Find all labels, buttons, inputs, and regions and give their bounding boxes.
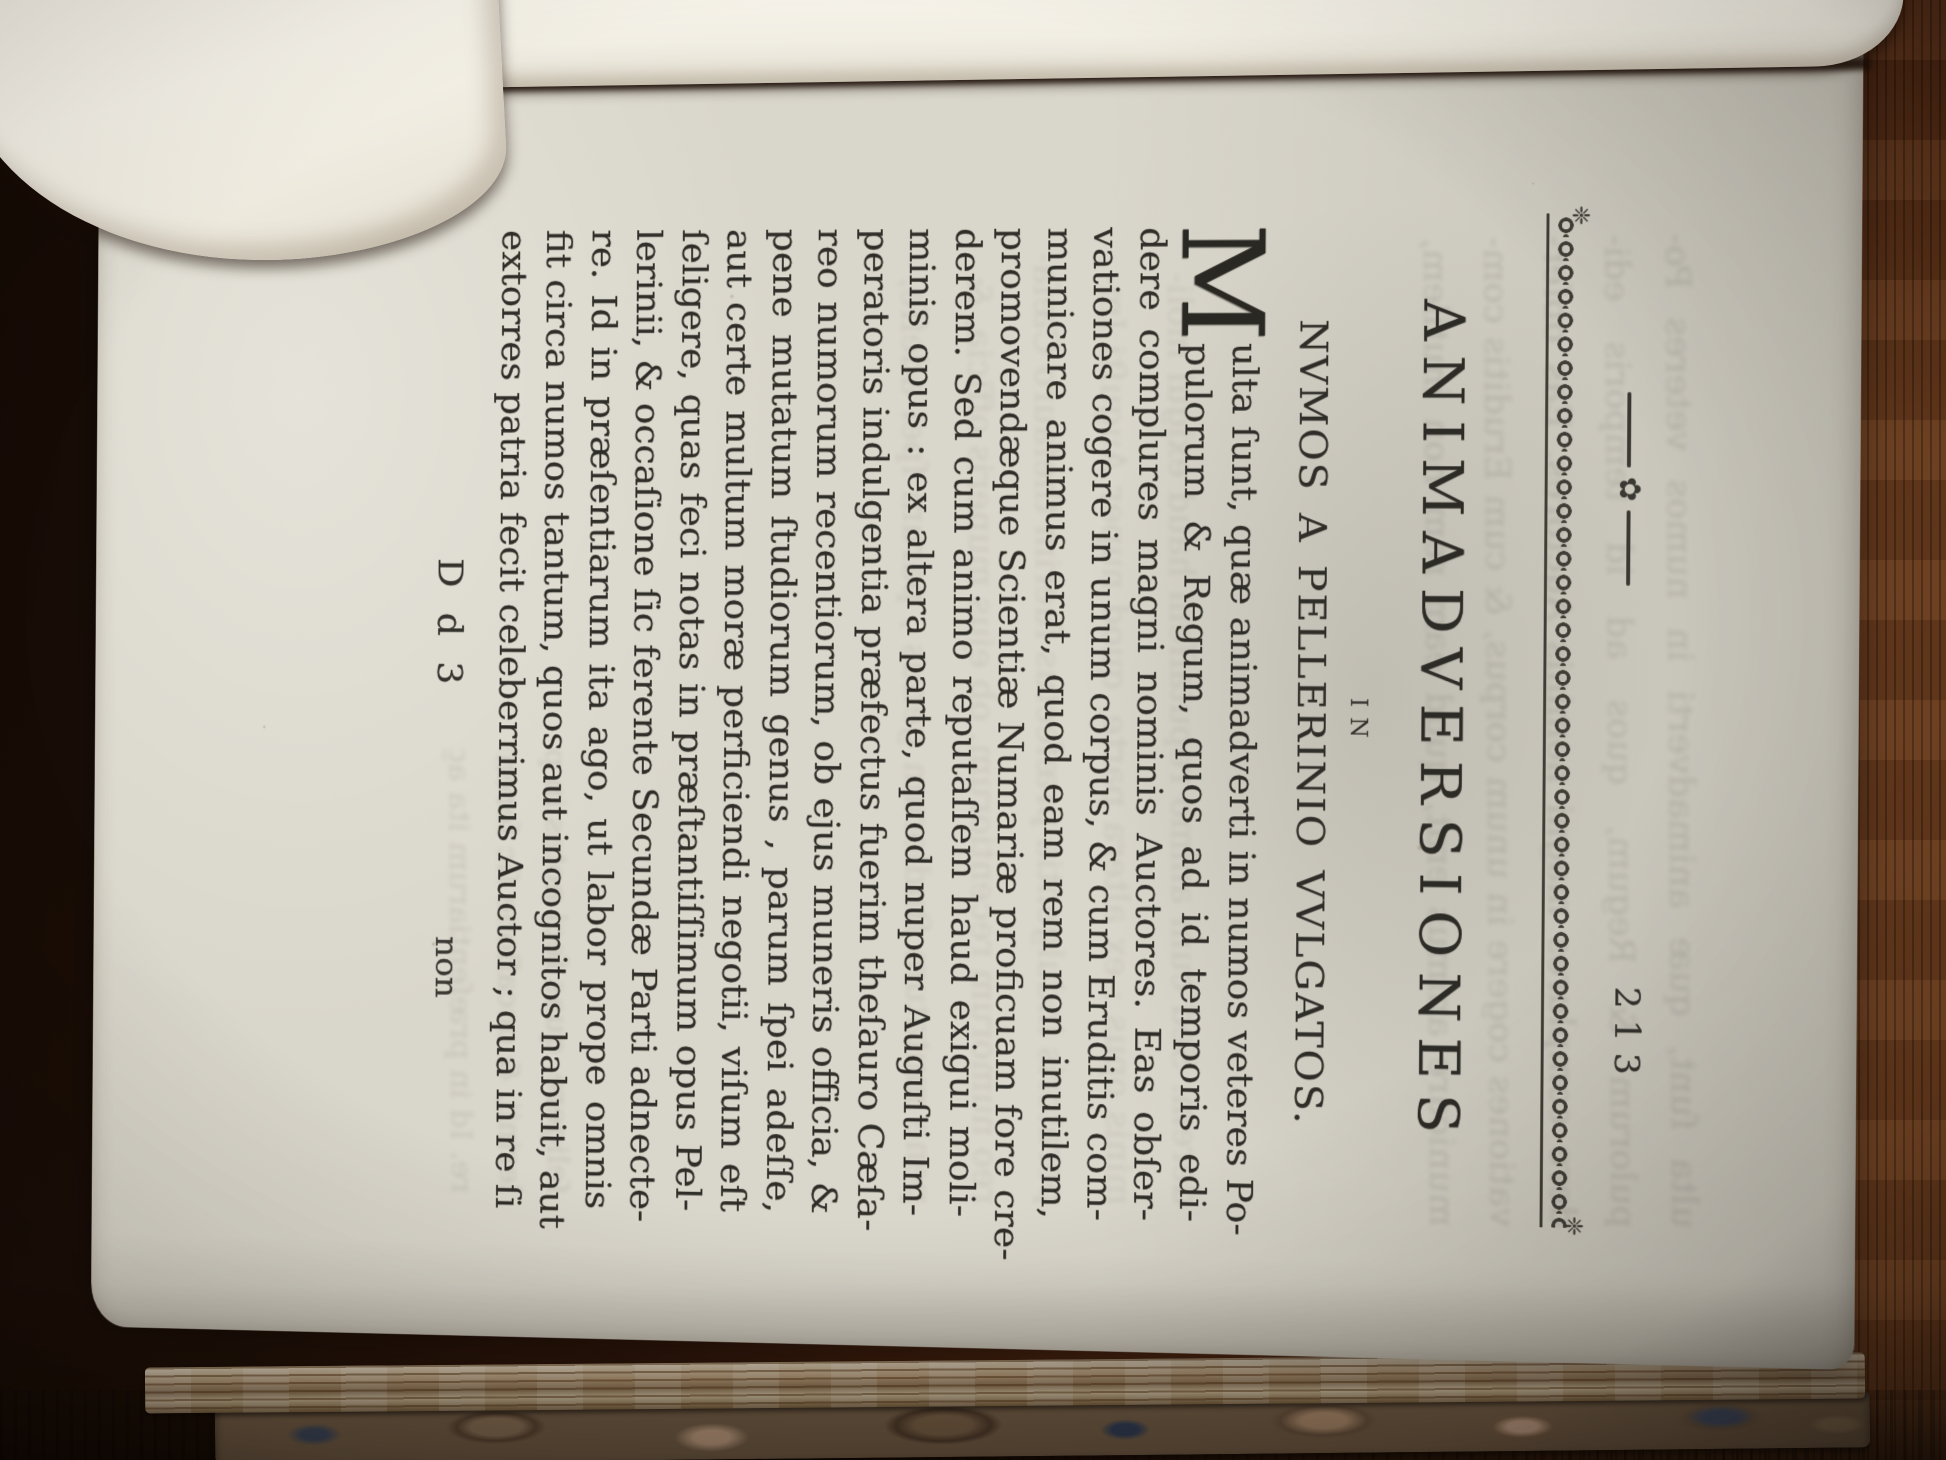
- running-head: ✿ 213: [1593, 223, 1653, 1228]
- catchword: non: [427, 936, 464, 999]
- text-line: fit circa numos tantum, quos aut incogni…: [529, 230, 581, 1209]
- signature-mark: D d 3: [429, 558, 470, 691]
- text-line: reo numorum recentiorum, ob ejus muneris…: [801, 228, 853, 1214]
- text-line: ulta ſunt, quæ animadverti in numos vete…: [1646, 233, 1714, 1229]
- drop-cap-initial: M: [1179, 223, 1264, 342]
- title-conjunction: IN: [1342, 224, 1376, 1222]
- body-lines: ulta ſunt, quæ animadverti in numos vete…: [484, 227, 1268, 1224]
- text-line: aut certe multum moræ perficiendi negoti…: [710, 229, 762, 1213]
- text-line: dere complures magni nominis Auctores. E…: [1122, 227, 1175, 1221]
- rosette-icon: ✿: [1614, 476, 1644, 501]
- ornament-bar: [1626, 510, 1630, 586]
- text-line: municare animus erat, quod eam rem non i…: [1030, 227, 1083, 1219]
- chapter-title: ANIMADVERSIONES: [1404, 224, 1477, 1224]
- text-line: promovendæque Scientiæ Numariæ proficuam…: [984, 228, 1037, 1219]
- head-rule-rosette-ornament: ✿: [1613, 392, 1644, 586]
- page-number: 213: [1606, 986, 1646, 1086]
- text-line: re. Id in præſentiarum ita ago, ut labor…: [574, 229, 626, 1209]
- text-line: ulta ſunt, quæ animadverti in numos vete…: [1215, 343, 1268, 1224]
- chain-ornament-row: [1546, 213, 1578, 1228]
- photo-of-open-book: ulta ſunt, quæ animadverti in numos vete…: [0, 0, 1946, 1460]
- finial-rosette-icon: ❈: [1567, 205, 1595, 225]
- text-line: pene mutatum ſtudiorum genus , parum ſpe…: [755, 229, 807, 1214]
- text-line: derem. Sed cum animo reputaſſem haud exi…: [938, 228, 991, 1218]
- text-line: vationes cogere in unum corpus, & cum Er…: [1076, 227, 1129, 1220]
- text-line: peratoris indulgentia præfectus fuerim t…: [846, 228, 899, 1215]
- finial-rosette-icon: ❈: [1560, 1216, 1588, 1237]
- headpiece-chain-border: ❈ ❈: [1540, 213, 1579, 1228]
- text-line: ſeligere, quas feci notas in præſtantiſſ…: [664, 229, 716, 1212]
- text-line: lerinii, & occaſione ſic ferente Secundæ…: [619, 229, 671, 1210]
- text-line: pulorum & Regum, quos ad id temporis edi…: [1168, 343, 1221, 1222]
- body-text-block: M ulta ſunt, quæ animadverti in numos ve…: [484, 227, 1268, 1224]
- text-line: extorres patria fecit celeberrimus Aucto…: [484, 230, 536, 1208]
- chapter-subtitle: NVMOS A PELLERINIO VVLGATOS.: [1285, 224, 1336, 1221]
- text-line: minis opus : ex altera parte, quod nuper…: [892, 228, 945, 1216]
- signature-row: D d 3 non: [418, 230, 473, 1206]
- ornament-bar: [1627, 392, 1631, 468]
